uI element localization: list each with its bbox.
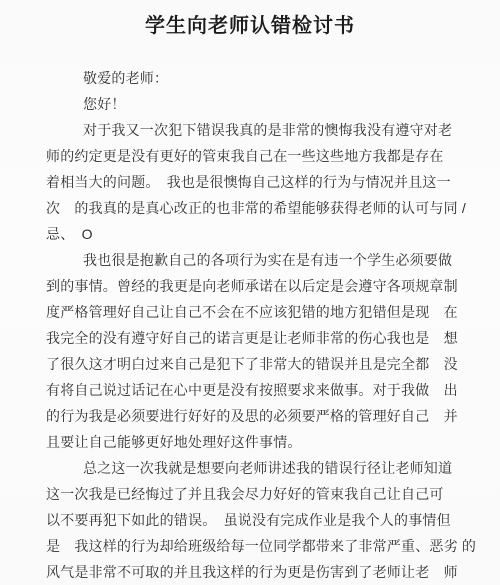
salutation-line: 敬爱的老师： bbox=[46, 65, 456, 91]
paragraph-line: 且要让自己能够更好地处理好这件事情。 bbox=[46, 429, 456, 455]
paragraph-line: 有将自己说过话记在心中更是没有按照要求来做事。对于我做 出 bbox=[46, 377, 456, 403]
paragraph-line: 度严格管理好自己让自己不会在不应该犯错的地方犯错但是现 在 bbox=[46, 299, 456, 325]
paragraph-line: 风气是非常不可取的并且我这样的行为更是伤害到了老师让老 师 bbox=[46, 559, 456, 585]
paragraph-line: 是 我这样的行为却给班级给每一位同学都带来了非常严重、恶劣 的 bbox=[46, 533, 456, 559]
paragraph-1: 对于我又一次犯下错误我真的是非常的懊悔我没有遵守对老 师的约定更是没有更好的管束… bbox=[46, 117, 456, 247]
document-body: 敬爱的老师： 您好！ 对于我又一次犯下错误我真的是非常的懊悔我没有遵守对老 师的… bbox=[46, 65, 456, 585]
paragraph-line: 我也很是抱歉自己的各项行为实在是有违一个学生必须要做 bbox=[46, 247, 456, 273]
paragraph-3: 总之这一次我就是想要向老师讲述我的错误行径让老师知道 这一次我是已经悔过了并且我… bbox=[46, 455, 456, 585]
paragraph-line: 对于我又一次犯下错误我真的是非常的懊悔我没有遵守对老 bbox=[46, 117, 456, 143]
paragraph-line: 我完全的没有遵守好自己的诺言更是让老师非常的伤心我也是 想 bbox=[46, 325, 456, 351]
paragraph-line: 到的事情。曾经的我更是向老师承诺在以后定是会遵守各项规章制 bbox=[46, 273, 456, 299]
paragraph-2: 我也很是抱歉自己的各项行为实在是有违一个学生必须要做 到的事情。曾经的我更是向老… bbox=[46, 247, 456, 455]
paragraph-line: 次 的我真的是真心改正的也非常的希望能够获得老师的认可与同 / bbox=[46, 195, 456, 221]
paragraph-line: 的行为我是必须要进行好好的及思的必须要严格的管理好自己 并 bbox=[46, 403, 456, 429]
paragraph-line: 这一次我是已经悔过了并且我会尽力好好的管束我自己让自己可 bbox=[46, 481, 456, 507]
greeting-line: 您好！ bbox=[46, 91, 456, 117]
document-page: 学生向老师认错检讨书 敬爱的老师： 您好！ 对于我又一次犯下错误我真的是非常的懊… bbox=[0, 0, 500, 585]
paragraph-line: 总之这一次我就是想要向老师讲述我的错误行径让老师知道 bbox=[46, 455, 456, 481]
document-title: 学生向老师认错检讨书 bbox=[0, 0, 500, 40]
paragraph-line: 忌、 O bbox=[46, 221, 456, 247]
paragraph-line: 了很久这才明白过来自己是犯下了非常大的错误并且是完全都 没 bbox=[46, 351, 456, 377]
paragraph-line: 着相当大的问题。 我也是很懊悔自己这样的行为与情况并且这一 bbox=[46, 169, 456, 195]
paragraph-line: 师的约定更是没有更好的管束我自己在一些这些地方我都是存在 bbox=[46, 143, 456, 169]
paragraph-line: 以不要再犯下如此的错误。 虽说没有完成作业是我个人的事情但 bbox=[46, 507, 456, 533]
